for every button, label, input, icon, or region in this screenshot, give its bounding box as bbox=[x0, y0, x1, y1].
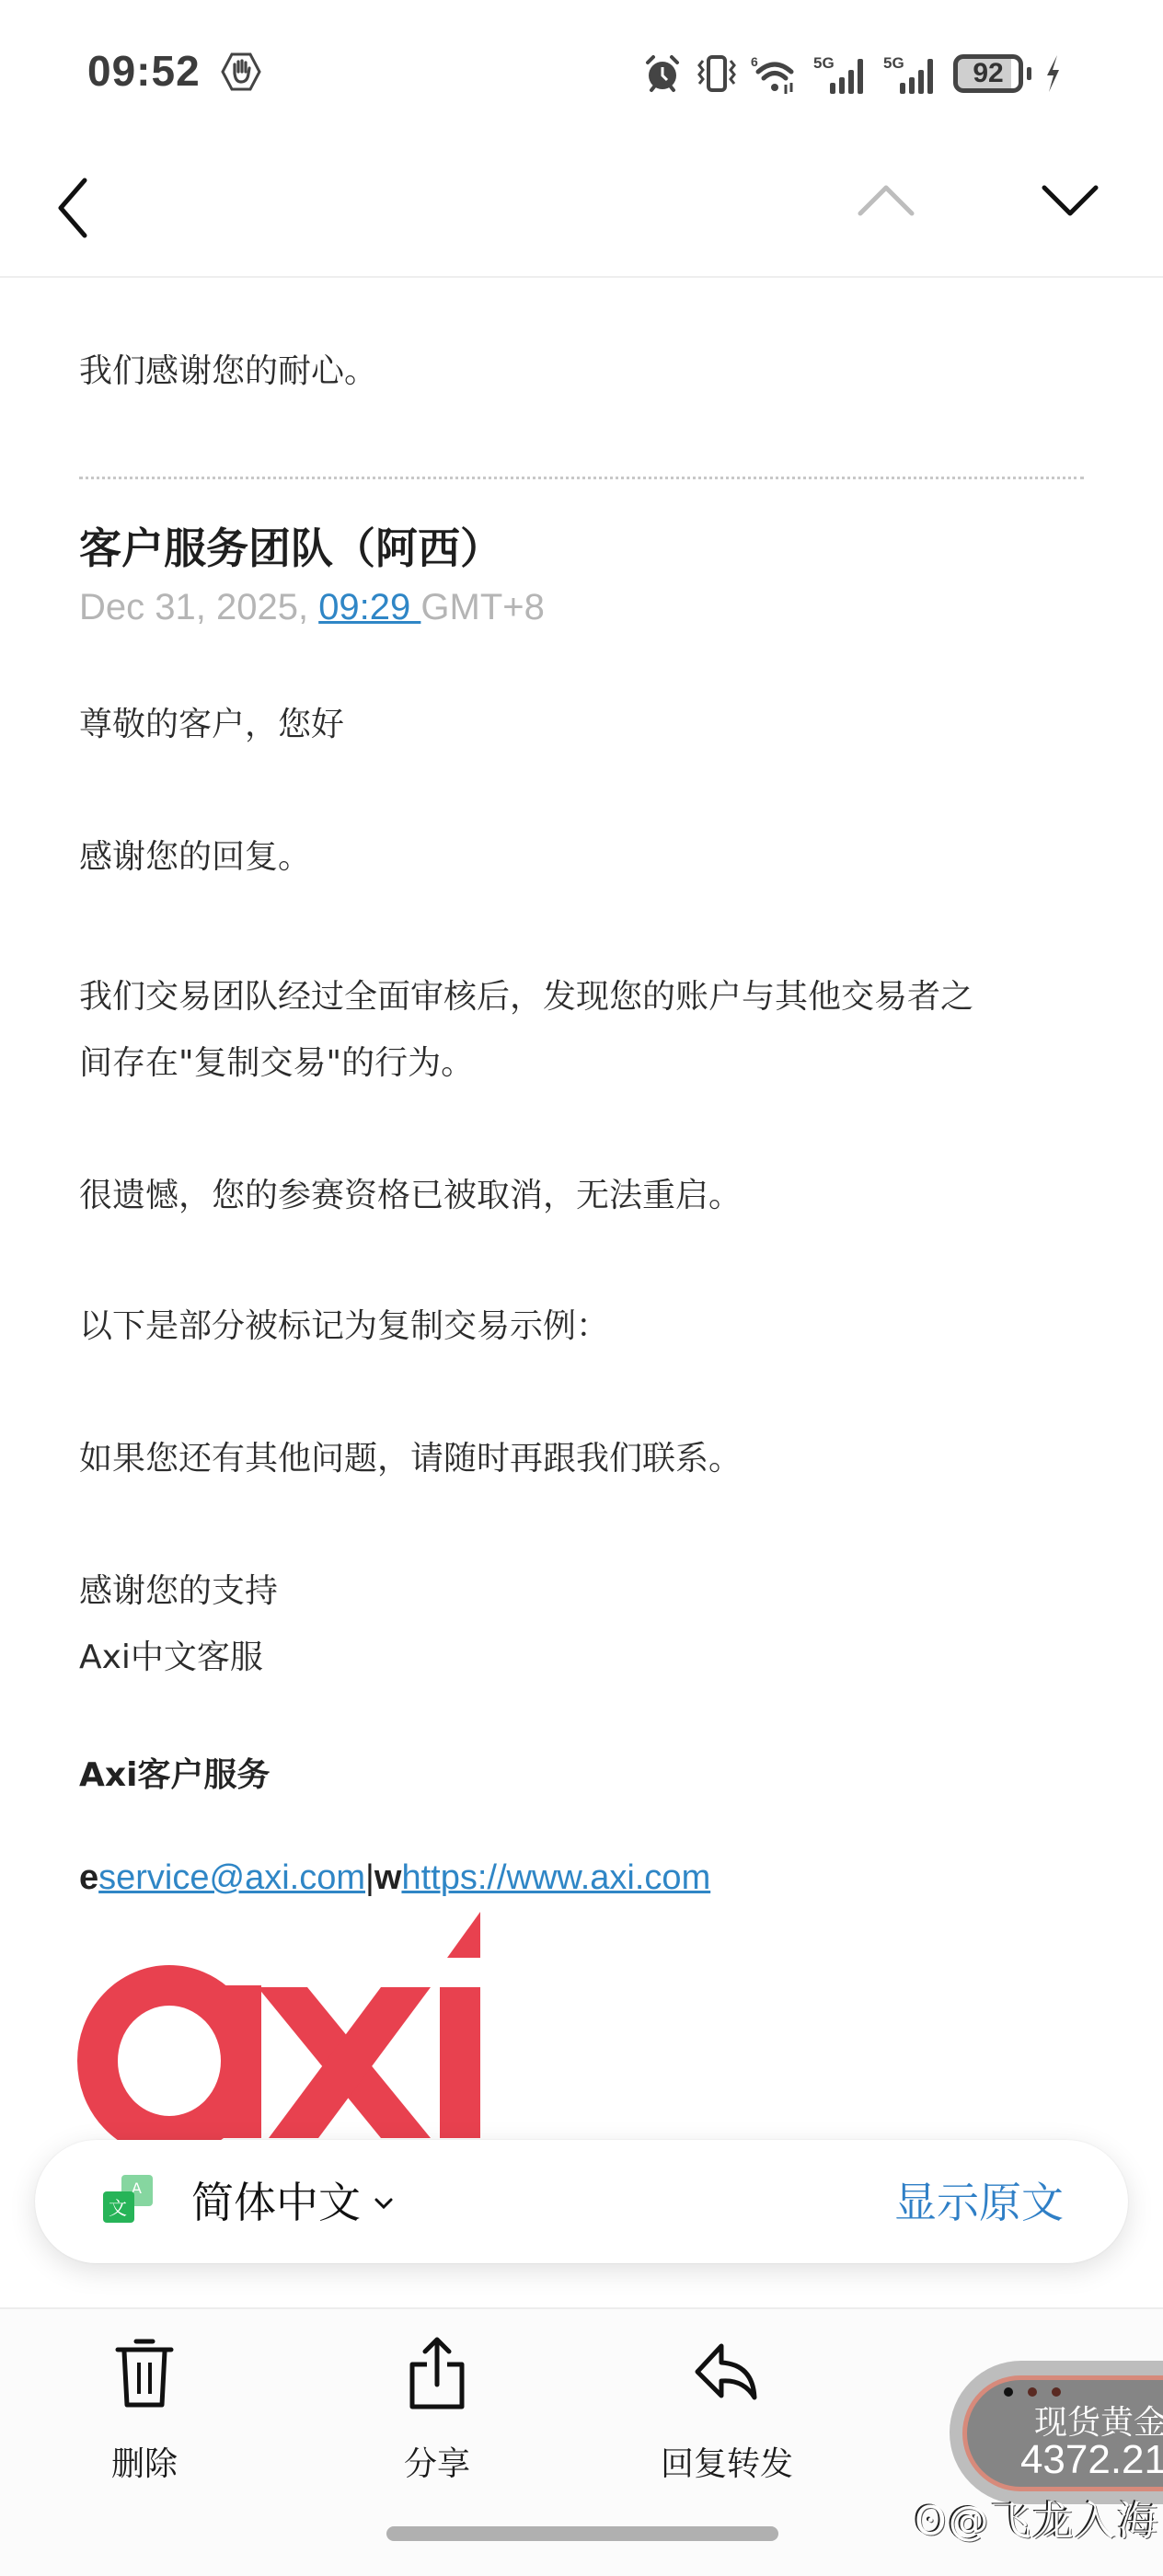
website-link[interactable]: https://www.axi.com bbox=[401, 1858, 710, 1897]
more-dots-icon bbox=[1004, 2387, 1061, 2397]
share-button[interactable]: 分享 bbox=[336, 2337, 538, 2502]
message-time-link[interactable]: 09:29 bbox=[318, 587, 420, 627]
share-icon bbox=[405, 2337, 469, 2410]
svg-text:5G: 5G bbox=[813, 54, 835, 72]
body-examples: 以下是部分被标记为复制交易示例： bbox=[79, 1294, 609, 1360]
status-icons: 6 5G 5G 92 bbox=[642, 51, 1061, 97]
nav-bar bbox=[0, 138, 1163, 278]
5g-signal-icon: 5G bbox=[883, 53, 940, 94]
home-indicator[interactable] bbox=[386, 2526, 778, 2541]
wifi-6-icon: 6 bbox=[751, 53, 800, 94]
body-sign-off: 感谢您的支持 bbox=[79, 1558, 278, 1625]
axi-logo bbox=[77, 1912, 491, 2142]
delete-label: 删除 bbox=[111, 2438, 178, 2485]
reply-icon bbox=[690, 2337, 764, 2410]
body-paragraph-line-1: 我们交易团队经过全面审核后，发现您的账户与其他交易者之 bbox=[79, 964, 973, 1030]
reply-forward-button[interactable]: 回复转发 bbox=[626, 2337, 828, 2502]
alarm-icon bbox=[642, 53, 683, 94]
5g-signal-icon: 5G bbox=[813, 53, 870, 94]
previous-message-closing: 我们感谢您的耐心。 bbox=[79, 339, 377, 405]
message-separator bbox=[79, 477, 1084, 479]
gold-price-inner: 现货黄金 4372.21 bbox=[962, 2375, 1163, 2491]
translate-icon: A 文 bbox=[101, 2173, 155, 2225]
svg-text:6: 6 bbox=[751, 54, 758, 69]
translate-bar: A 文 简体中文 显示原文 bbox=[35, 2140, 1128, 2263]
chevron-up-icon[interactable] bbox=[851, 175, 921, 230]
contact-links: eservice@axi.com|whttps://www.axi.com bbox=[79, 1858, 710, 1898]
delete-button[interactable]: 删除 bbox=[43, 2337, 246, 2502]
chevron-down-icon bbox=[374, 2196, 394, 2211]
vibrate-icon bbox=[696, 53, 738, 94]
trash-icon bbox=[112, 2337, 177, 2410]
email-link[interactable]: service@axi.com bbox=[98, 1858, 365, 1897]
language-label: 简体中文 bbox=[191, 2169, 361, 2230]
chevron-down-icon[interactable] bbox=[1035, 175, 1105, 230]
battery-icon: 92 bbox=[953, 54, 1023, 93]
chevron-left-icon[interactable] bbox=[48, 171, 103, 245]
reply-forward-label: 回复转发 bbox=[661, 2438, 793, 2485]
status-bar: 09:52 6 5G 5G bbox=[0, 0, 1163, 138]
body-paragraph-line-2: 间存在"复制交易"的行为。 bbox=[79, 1030, 474, 1097]
language-selector[interactable]: 简体中文 bbox=[191, 2169, 394, 2230]
body-contact: 如果您还有其他问题，请随时再跟我们联系。 bbox=[79, 1426, 742, 1492]
body-greeting: 尊敬的客户，您好 bbox=[79, 692, 344, 758]
watermark: ʘ@飞龙入海 bbox=[915, 2488, 1160, 2547]
sender-name: 客户服务团队（阿西） bbox=[79, 515, 502, 576]
share-label: 分享 bbox=[404, 2438, 470, 2485]
body-signature: Axi中文客服 bbox=[79, 1625, 263, 1691]
gold-price-widget[interactable]: 现货黄金 4372.21 bbox=[950, 2361, 1163, 2504]
gold-price: 4372.21 bbox=[1020, 2437, 1163, 2483]
watermark-logo-icon: ʘ bbox=[915, 2498, 949, 2545]
show-original-button[interactable]: 显示原文 bbox=[894, 2169, 1064, 2230]
svg-text:文: 文 bbox=[109, 2197, 127, 2219]
message-date: Dec 31, 2025, 09:29 GMT+8 bbox=[79, 587, 545, 628]
body-disqualified: 很遗憾，您的参赛资格已被取消，无法重启。 bbox=[79, 1163, 742, 1229]
battery-nub bbox=[1027, 67, 1031, 80]
signature-title: Axi客户服务 bbox=[79, 1742, 270, 1809]
svg-text:5G: 5G bbox=[883, 54, 904, 72]
status-time: 09:52 bbox=[87, 46, 201, 96]
battery-level: 92 bbox=[973, 58, 1003, 89]
charging-icon bbox=[1044, 53, 1061, 94]
body-thanks: 感谢您的回复。 bbox=[79, 824, 311, 891]
hand-stop-icon bbox=[221, 52, 261, 92]
